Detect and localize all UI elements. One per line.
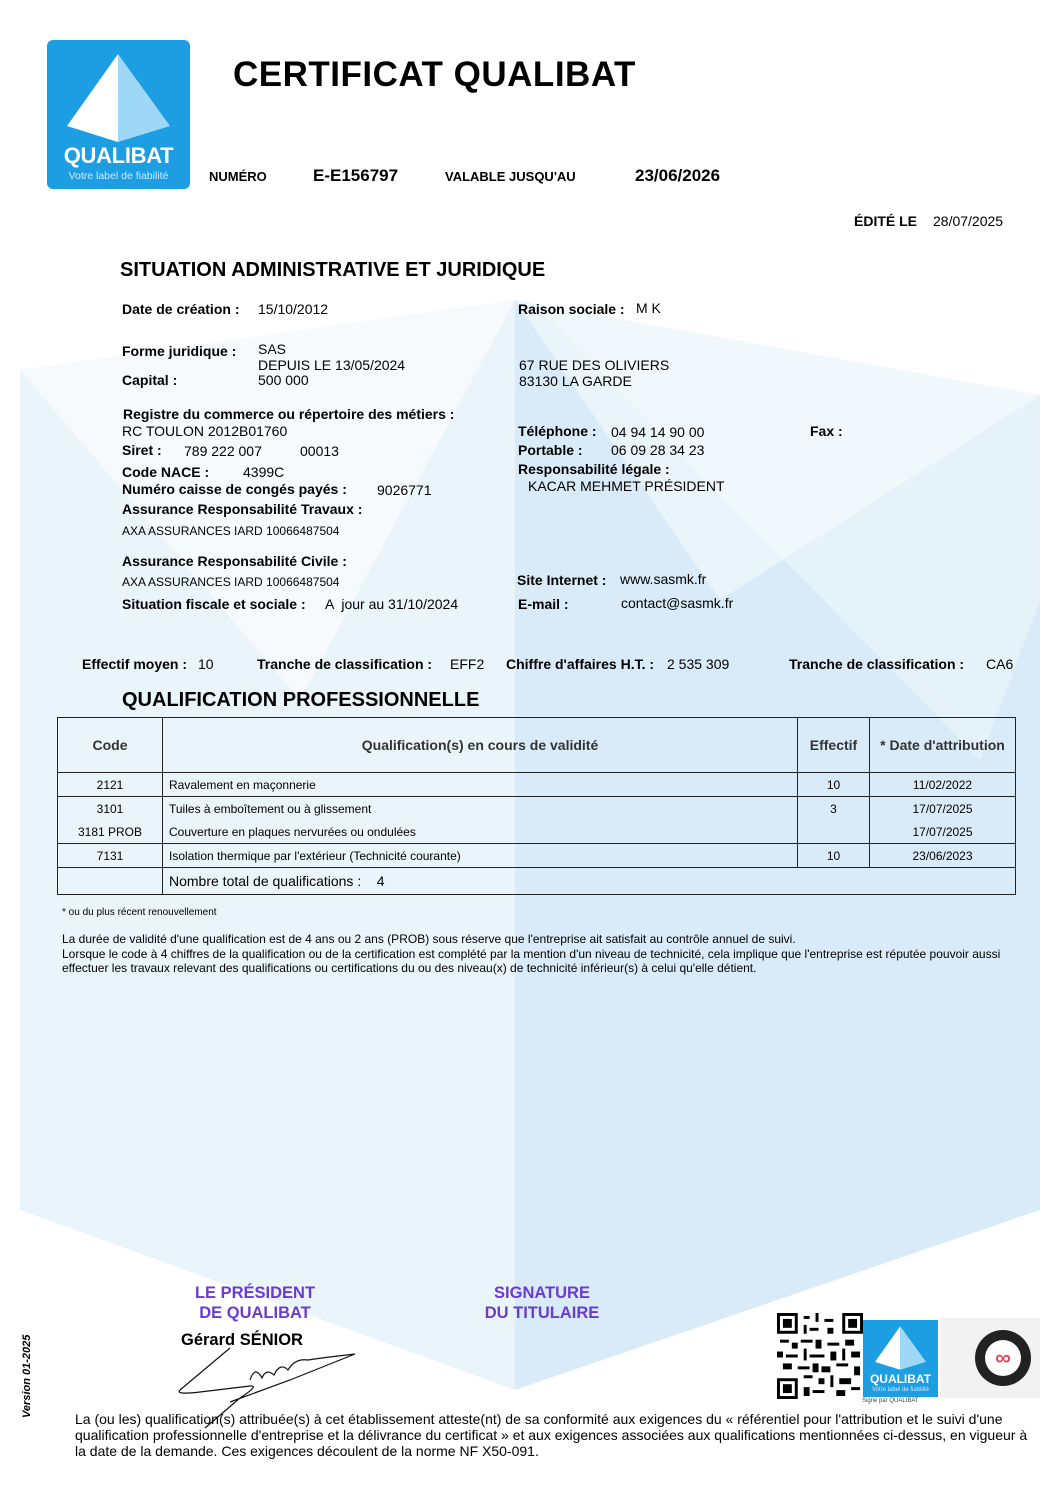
row-effectif: 3 [798,797,870,821]
row-label: Ravalement en maçonnerie [163,773,798,797]
row-label: Tuiles à emboîtement ou à glissement [163,797,798,821]
telephone-value: 04 94 14 90 00 [611,424,704,440]
numero-label: NUMÉRO [209,169,267,184]
signed-by-label: Signé par QUALIBAT [862,1398,919,1404]
col-effectif: Effectif [798,718,870,773]
portable-value: 06 09 28 34 23 [611,442,704,458]
caisse-label: Numéro caisse de congés payés : [122,481,347,497]
table-row: 2121 Ravalement en maçonnerie 10 11/02/2… [58,773,1016,797]
siret-label: Siret : [122,442,162,458]
total-label: Nombre total de qualifications : [169,873,361,889]
president-heading: LE PRÉSIDENT DE QUALIBAT [160,1283,350,1323]
note-validity: La durée de validité d'une qualification… [62,932,1022,947]
nace-value: 4399C [243,464,284,480]
email-label: E-mail : [518,596,569,612]
siret-nic: 00013 [300,443,339,459]
qr-code-icon[interactable] [777,1313,863,1399]
situation-heading: SITUATION ADMINISTRATIVE ET JURIDIQUE [120,259,545,282]
validity-notes: La durée de validité d'une qualification… [62,932,1022,976]
certified-seal-icon: ∞ [975,1330,1031,1386]
president-line1: LE PRÉSIDENT [160,1283,350,1303]
fax-label: Fax : [810,423,843,439]
row-effectif: 10 [798,844,870,868]
footnote: * ou du plus récent renouvellement [62,907,217,918]
fiscale-value: A jour au 31/10/2024 [325,596,458,612]
titulaire-line1: SIGNATURE [452,1283,632,1303]
table-row: 7131 Isolation thermique par l'extérieur… [58,844,1016,868]
col-qualification: Qualification(s) en cours de validité [163,718,798,773]
tranche-ca-label: Tranche de classification : [789,656,964,672]
pyramid-icon [67,54,170,144]
registre-label: Registre du commerce ou répertoire des m… [123,406,454,422]
titulaire-heading: SIGNATURE DU TITULAIRE [452,1283,632,1323]
edite-label: ÉDITÉ LE [854,213,917,229]
row-code: 2121 [58,773,163,797]
table-row: 3101 Tuiles à emboîtement ou à glissemen… [58,797,1016,821]
effectif-value: 10 [198,656,214,672]
ca-value: 2 535 309 [667,656,729,672]
col-date-label: * Date d'attribution [880,737,1005,753]
forme-juridique-label: Forme juridique : [122,343,236,359]
email-value[interactable]: contact@sasmk.fr [621,595,733,611]
col-code: Code [58,718,163,773]
row-date: 17/07/2025 [870,797,1016,821]
assurance-civile-value: AXA ASSURANCES IARD 10066487504 [122,575,339,589]
total-empty [58,868,163,895]
numero-value: E-E156797 [313,166,398,186]
resp-legale-value: KACAR MEHMET PRÉSIDENT [528,478,725,494]
assurance-civile-label: Assurance Responsabilité Civile : [122,553,347,569]
siret-siren: 789 222 007 [184,443,262,459]
valable-label: VALABLE JUSQU'AU [445,169,576,184]
row-date: 17/07/2025 [870,820,1016,844]
row-code: 3181 PROB [58,820,163,844]
row-date: 23/06/2023 [870,844,1016,868]
tranche-eff-value: EFF2 [450,656,484,672]
site-label: Site Internet : [517,572,606,588]
valable-value: 23/06/2026 [635,166,720,186]
assurance-travaux-label: Assurance Responsabilité Travaux : [122,501,362,517]
titulaire-line2: DU TITULAIRE [452,1303,632,1323]
version-label: Version 01-2025 [21,1335,33,1418]
ca-label: Chiffre d'affaires H.T. : [506,656,654,672]
caisse-value: 9026771 [377,482,432,498]
site-value[interactable]: www.sasmk.fr [620,571,706,587]
edite-value: 28/07/2025 [933,213,1003,229]
assurance-travaux-value: AXA ASSURANCES IARD 10066487504 [122,524,339,538]
tranche-eff-label: Tranche de classification : [257,656,432,672]
president-line2: DE QUALIBAT [160,1303,350,1323]
raison-sociale-label: Raison sociale : [518,301,625,317]
row-date: 11/02/2022 [870,773,1016,797]
capital-label: Capital : [122,372,177,388]
telephone-label: Téléphone : [518,423,597,439]
effectif-label: Effectif moyen : [82,656,187,672]
qualibat-logo: QUALIBAT Votre label de fiabilité [47,40,190,189]
logo-tagline: Votre label de fiabilité [47,170,190,182]
note-technicity: Lorsque le code à 4 chiffres de la quali… [62,947,1022,976]
row-label: Isolation thermique par l'extérieur (Tec… [163,844,798,868]
address-line2: 83130 LA GARDE [519,373,632,389]
fiscale-label: Situation fiscale et sociale : [122,596,306,612]
nace-label: Code NACE : [122,464,209,480]
row-effectif: 10 [798,773,870,797]
qualification-table: Code Qualification(s) en cours de validi… [57,717,1016,895]
legal-statement: La (ou les) qualification(s) attribuée(s… [75,1411,1040,1459]
forme-juridique-since: DEPUIS LE 13/05/2024 [258,357,405,373]
mini-logo-tagline: Votre label de fiabilité [863,1387,938,1393]
resp-legale-label: Responsabilité légale : [518,461,670,477]
forme-juridique-value: SAS [258,341,286,357]
registre-value: RC TOULON 2012B01760 [122,423,287,439]
date-creation-label: Date de création : [122,301,239,317]
raison-sociale-value: M K [636,300,661,316]
page-title: CERTIFICAT QUALIBAT [233,55,636,95]
total-cell: Nombre total de qualifications : 4 [163,868,1016,895]
row-effectif [798,820,870,844]
address-line1: 67 RUE DES OLIVIERS [519,357,669,373]
qualibat-mini-logo: QUALIBAT Votre label de fiabilité [863,1320,938,1397]
row-code: 3101 [58,797,163,821]
mini-logo-brand: QUALIBAT [863,1372,938,1386]
capital-value: 500 000 [258,372,309,388]
logo-brand: QUALIBAT [47,143,190,169]
table-row: 3181 PROB Couverture en plaques nervurée… [58,820,1016,844]
row-code: 7131 [58,844,163,868]
tranche-ca-value: CA6 [986,656,1013,672]
row-label: Couverture en plaques nervurées ou ondul… [163,820,798,844]
date-creation-value: 15/10/2012 [258,301,328,317]
pyramid-icon [875,1326,926,1371]
infinity-icon: ∞ [985,1340,1021,1376]
total-value: 4 [377,873,385,889]
qualification-heading: QUALIFICATION PROFESSIONNELLE [122,689,479,712]
total-row: Nombre total de qualifications : 4 [58,868,1016,895]
col-date: * Date d'attribution [870,718,1016,773]
portable-label: Portable : [518,442,583,458]
